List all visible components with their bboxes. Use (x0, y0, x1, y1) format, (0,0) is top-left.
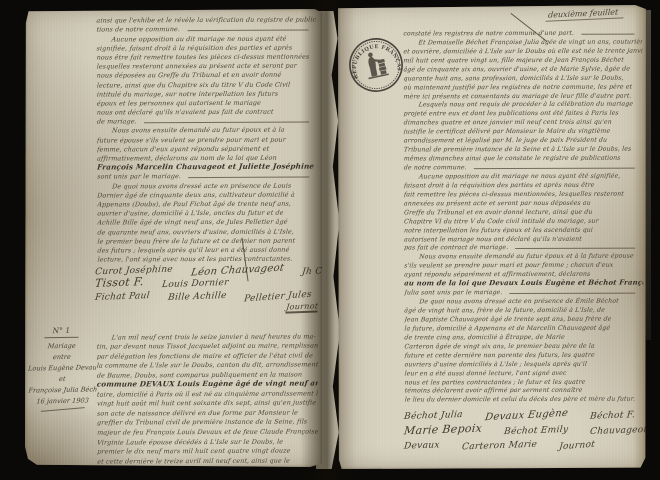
signature-row: Journot (95, 302, 318, 313)
left-page-second-act: L'an mil neuf cent trois le seize janvie… (97, 330, 319, 465)
manuscript-line: et ouvrière, domiciliée à L'Isle sur le … (403, 45, 642, 55)
paragraph-fill-rule (187, 30, 308, 32)
marianne-figure-icon (363, 50, 389, 80)
manuscript-line: Dornier âgé de cinquante deux ans, culti… (97, 189, 317, 199)
manuscript-line: Nous avons ensuite demandé au futur épou… (97, 125, 317, 135)
manuscript-line: Jean Baptiste Chauvageot âgé de trente s… (404, 314, 643, 324)
manuscript-line: de quarante neuf ans, ouvriers d'usine, … (97, 226, 317, 236)
manuscript-line: et cette dernière le treize avril mil ne… (97, 455, 318, 466)
paragraph-fill-rule (509, 293, 635, 294)
act-margin-lines: MariageentreLouis Eugène DevauxetFrançoi… (28, 340, 97, 407)
manuscript-line: tin, par devant nous Tissot Jacquelet ad… (97, 340, 318, 351)
manuscript-line: où maintenant justifié par les registres… (404, 81, 643, 91)
manuscript-line: Tribunal de première instance de la Sein… (404, 144, 643, 154)
manuscript-line: majeur de feu François Louis Devaux et d… (97, 426, 318, 437)
manuscript-line: nous être fait remettre toutes les pièce… (97, 51, 317, 61)
signature: Devaux (403, 440, 440, 451)
manuscript-line: Nous avons ensuite demandé au futur épou… (404, 251, 643, 261)
right-page-text: constaté les registres de notre commune … (403, 28, 643, 404)
manuscript-line: De quoi nous avons dressé acte en présen… (404, 296, 643, 306)
manuscript-line: mère ici présents et consentants au mari… (404, 90, 643, 100)
left-page-text: ainsi que l'exhibe et le révèle la vérif… (96, 15, 317, 264)
manuscript-line: mêmes dimanches ainsi que le constate le… (404, 153, 643, 163)
signature: Béchot Julia (403, 410, 463, 422)
manuscript-line: commune DEVAUX Louis Eugène âgé de vingt… (97, 378, 318, 389)
manuscript-line: la future, domicilié à Appenans et de Ma… (404, 323, 643, 333)
register-left-page: ainsi que l'exhibe et le révèle la vérif… (25, 9, 322, 467)
manuscript-line: De quoi nous avons dressé acte en présen… (97, 180, 317, 190)
signature-row: Tissot F.Louis Dornier (95, 276, 318, 289)
signature: Marie Bepoix (403, 422, 483, 438)
signature-row: Fichat PaulBille AchillePelletier Jules (95, 289, 318, 302)
republique-francaise-seal-icon: RÉPUBLIQUE FRANÇAISE (343, 31, 410, 99)
paragraph-fill-rule (515, 248, 635, 249)
signature: Carteron Marie (461, 440, 537, 453)
manuscript-line: vingt huit août mil huit cent soixante d… (97, 397, 318, 408)
manuscript-line: lecture, ainsi que du Chapitre six du ti… (97, 79, 317, 89)
signature: Tissot F. (94, 275, 144, 290)
manuscript-line: Aucune opposition au dit mariage ne nous… (97, 33, 317, 43)
manuscript-line: le premier beau frère de la future et ce… (97, 235, 317, 245)
signature: Béchot F. (589, 410, 635, 422)
manuscript-line: projeté entre eux et dont les publicatio… (404, 108, 643, 118)
manuscript-line: Achille Bille âgé de vingt neuf ans, de … (97, 217, 317, 227)
signature-row: Béchot JuliaDevaux EugèneBéchot F. (404, 406, 638, 421)
signature-row: DevauxCarteron MarieJournot (404, 436, 638, 451)
manuscript-line: son acte de naissance délivré en due for… (97, 407, 318, 418)
signature: Bille Achille (167, 291, 227, 303)
signature: Fichat Paul (94, 291, 150, 303)
manuscript-line: Appenans (Doubs), de Paul Fichot âgé de … (97, 198, 317, 208)
manuscript-line: s'ils veulent se prendre pour mari et po… (404, 260, 643, 270)
manuscript-line: lesquelles resteront annexées au présent… (97, 60, 317, 70)
signature: Journot (558, 440, 595, 453)
right-page-signatures: Béchot JuliaDevaux EugèneBéchot F.Marie … (404, 406, 638, 451)
manuscript-line: Lesquels nous ont requis de procéder à l… (404, 99, 643, 109)
manuscript-line: greffier du Tribunal civil de première i… (97, 416, 318, 427)
folio-annotation: deuxième feuillet (546, 7, 625, 21)
manuscript-line: ainsi que l'exhibe et le révèle la vérif… (96, 15, 316, 25)
margin-note-line: 16 janvier 1903 (28, 395, 97, 407)
manuscript-line: au nom de la loi que Devaux Louis Eugène… (404, 278, 643, 288)
paragraph-fill-rule (581, 34, 634, 35)
signature: Chauvageot (590, 425, 648, 437)
register-right-page: deuxième feuillet RÉPUBLIQUE FRANÇAISE c… (338, 5, 646, 469)
act-number: N° 1 (45, 325, 79, 339)
signature: Journot (285, 301, 318, 313)
left-page-signatures: Curot JoséphineLéon ChauvageotJh Chauvag… (95, 263, 318, 313)
manuscript-line: justifie le certificat délivré par Monsi… (404, 126, 643, 136)
manuscript-line: L'an mil neuf cent trois le seize janvie… (97, 330, 318, 341)
manuscript-line: Et Demoiselle Béchet Françoise Julia âgé… (403, 37, 642, 47)
manuscript-line: François Marcelin Chauvageot et Juliette… (97, 162, 317, 172)
manuscript-line: Aucune opposition au dit mariage ne nous… (404, 171, 643, 181)
ink-flourish (41, 407, 85, 412)
manuscript-line: des futurs ; lesquels après qu'il leur e… (97, 244, 317, 254)
manuscript-line: signifiée, faisant droit à la réquisitio… (97, 42, 317, 52)
paragraph-fill-rule (188, 177, 309, 179)
manuscript-line: mil huit cent quatre vingt un, fille maj… (403, 54, 642, 64)
archival-photograph: ainsi que l'exhibe et le révèle la vérif… (0, 0, 660, 480)
paragraph-fill-rule (144, 122, 309, 124)
manuscript-line: la commune de L'Isle sur le Doubs, canto… (97, 359, 318, 370)
manuscript-line: premier le dix neuf mars mil huit cent q… (97, 445, 318, 456)
manuscript-line: future épouse s'ils veulent se prendre p… (97, 134, 317, 144)
manuscript-line: quarante huit ans, sans profession, domi… (404, 72, 643, 82)
manuscript-line: dimanches quatre et onze janvier mil neu… (404, 117, 643, 127)
act-margin-note: N° 1 MariageentreLouis Eugène DevauxetFr… (27, 324, 96, 410)
manuscript-line: fait remettre les pièces ci-dessus menti… (404, 188, 643, 198)
manuscript-line: âgé de cinquante six ans, ouvrier d'usin… (403, 63, 642, 73)
signature-row: Marie BepoixBéchot EmilyChauvageot (404, 421, 638, 436)
signature-row: Curot JoséphineLéon ChauvageotJh Chauvag… (95, 263, 318, 276)
manuscript-line: par délégation les fonctions de maire et… (97, 350, 318, 361)
manuscript-line: taire, domicilié à Paris où il est né au… (97, 388, 318, 399)
paragraph-fill-rule (474, 168, 635, 170)
manuscript-line: le lieu du dernier domicile et celui du … (405, 394, 644, 404)
page-stack-edge (646, 10, 651, 340)
